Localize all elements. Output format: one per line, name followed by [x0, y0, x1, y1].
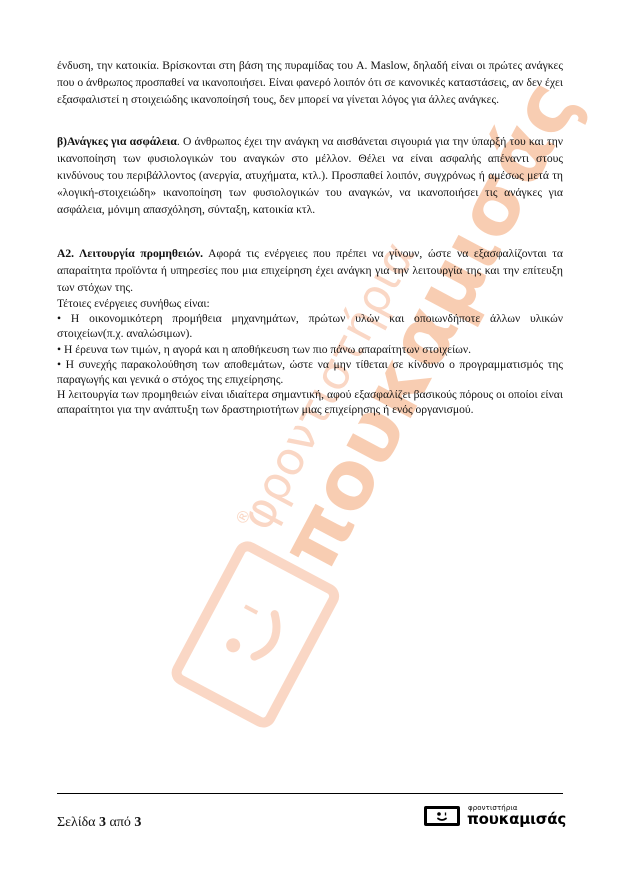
section-procurement: Α2. Λειτουργία προμηθειών. Αφορά τις ενέ…: [57, 245, 563, 418]
watermark-registered: ®: [231, 505, 255, 528]
procurement-bullet: • Η οικονομικότερη προμήθεια μηχανημάτων…: [57, 311, 563, 341]
logo-big-text: πουκαμισάς: [467, 811, 566, 828]
procurement-heading: Α2. Λειτουργία προμηθειών.: [57, 247, 203, 260]
footer-divider: [57, 793, 563, 794]
watermark-smiley-box-icon: [174, 544, 337, 726]
footer-logo: φροντιστήρια πουκαμισάς: [424, 804, 564, 830]
procurement-conclusion: Η λειτουργία των προμηθειών είναι ιδιαίτ…: [57, 387, 563, 417]
procurement-bullet: • Η συνεχής παρακολούθηση των αποθεμάτων…: [57, 357, 563, 387]
procurement-bullet: • Η έρευνα των τιμών, η αγορά και η αποθ…: [57, 342, 563, 357]
watermark-logo: ® φροντιστήρια πουκαμισάς: [0, 0, 620, 877]
paragraph-safety-needs: β)Ανάγκες για ασφάλεια. Ο άνθρωπος έχει …: [57, 133, 563, 218]
safety-needs-heading: β)Ανάγκες για ασφάλεια: [57, 135, 177, 148]
procurement-list-intro: Τέτοιες ενέργειες συνήθως είναι:: [57, 296, 563, 311]
page-label: Σελίδα: [57, 815, 96, 830]
page-number: Σελίδα 3 από 3: [57, 815, 141, 831]
total-pages: 3: [134, 815, 141, 830]
document-page: ® φροντιστήρια πουκαμισάς ένδυση, την κα…: [0, 0, 620, 877]
of-label: από: [110, 815, 131, 830]
paragraph-physiological-needs: ένδυση, την κατοικία. Βρίσκονται στη βάσ…: [57, 57, 563, 108]
smiley-box-icon: [424, 806, 460, 826]
current-page: 3: [99, 815, 106, 830]
procurement-intro: Α2. Λειτουργία προμηθειών. Αφορά τις ενέ…: [57, 245, 563, 296]
